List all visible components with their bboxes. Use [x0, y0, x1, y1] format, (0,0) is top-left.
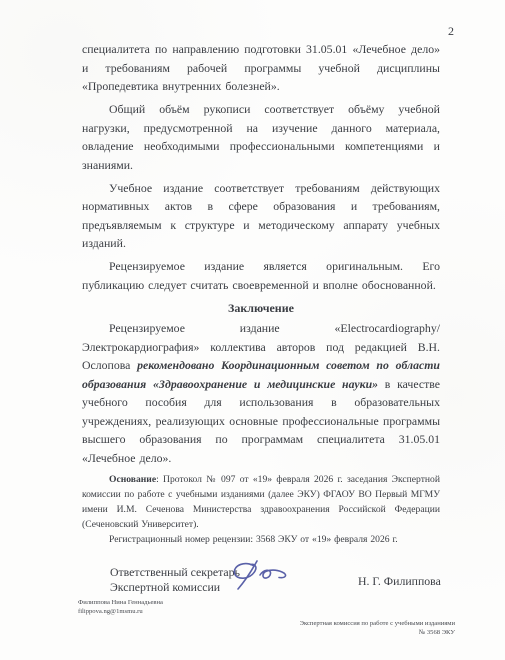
- secretary-role-line1: Ответственный секретарь: [110, 565, 240, 580]
- footer-stamp: Экспертная комиссия по работе с учебными…: [300, 619, 455, 637]
- document-body: специалитета по направлению подготовки 3…: [82, 40, 440, 613]
- footer-contact-email: filippova.ng@1msmu.ru: [78, 607, 163, 616]
- signature-icon: [224, 559, 310, 603]
- paragraph-registration: Регистрационный номер рецензии: 3568 ЭКУ…: [82, 532, 440, 547]
- page-number: 2: [448, 24, 454, 39]
- footer-stamp-number: № 3568 ЭКУ: [300, 628, 455, 637]
- footer-stamp-commission: Экспертная комиссия по работе с учебными…: [300, 619, 455, 628]
- paragraph-basis: Основание: Протокол № 097 от «19» феврал…: [82, 472, 440, 532]
- paragraph-volume: Общий объём рукописи соответствует объём…: [82, 100, 440, 174]
- secretary-name: Н. Г. Филиппова: [358, 574, 441, 589]
- conclusion-heading: Заключение: [82, 299, 440, 318]
- footer-contact: Филиппова Нина Геннадьевна filippova.ng@…: [78, 598, 163, 616]
- basis-label: Основание: [109, 474, 156, 485]
- footer-contact-name: Филиппова Нина Геннадьевна: [78, 598, 163, 607]
- secretary-role: Ответственный секретарь Экспертной комис…: [110, 565, 240, 595]
- scanned-review-document: { "page": { "number": "2", "background_c…: [0, 0, 505, 660]
- paragraph-normative: Учебное издание соответствует требования…: [82, 179, 440, 253]
- secretary-role-line2: Экспертной комиссии: [110, 580, 240, 595]
- paragraph-originality: Рецензируемое издание является оригиналь…: [82, 257, 440, 294]
- paragraph-conclusion: Рецензируемое издание «Electrocardiograp…: [82, 319, 440, 467]
- paragraph-continuation: специалитета по направлению подготовки 3…: [82, 40, 440, 96]
